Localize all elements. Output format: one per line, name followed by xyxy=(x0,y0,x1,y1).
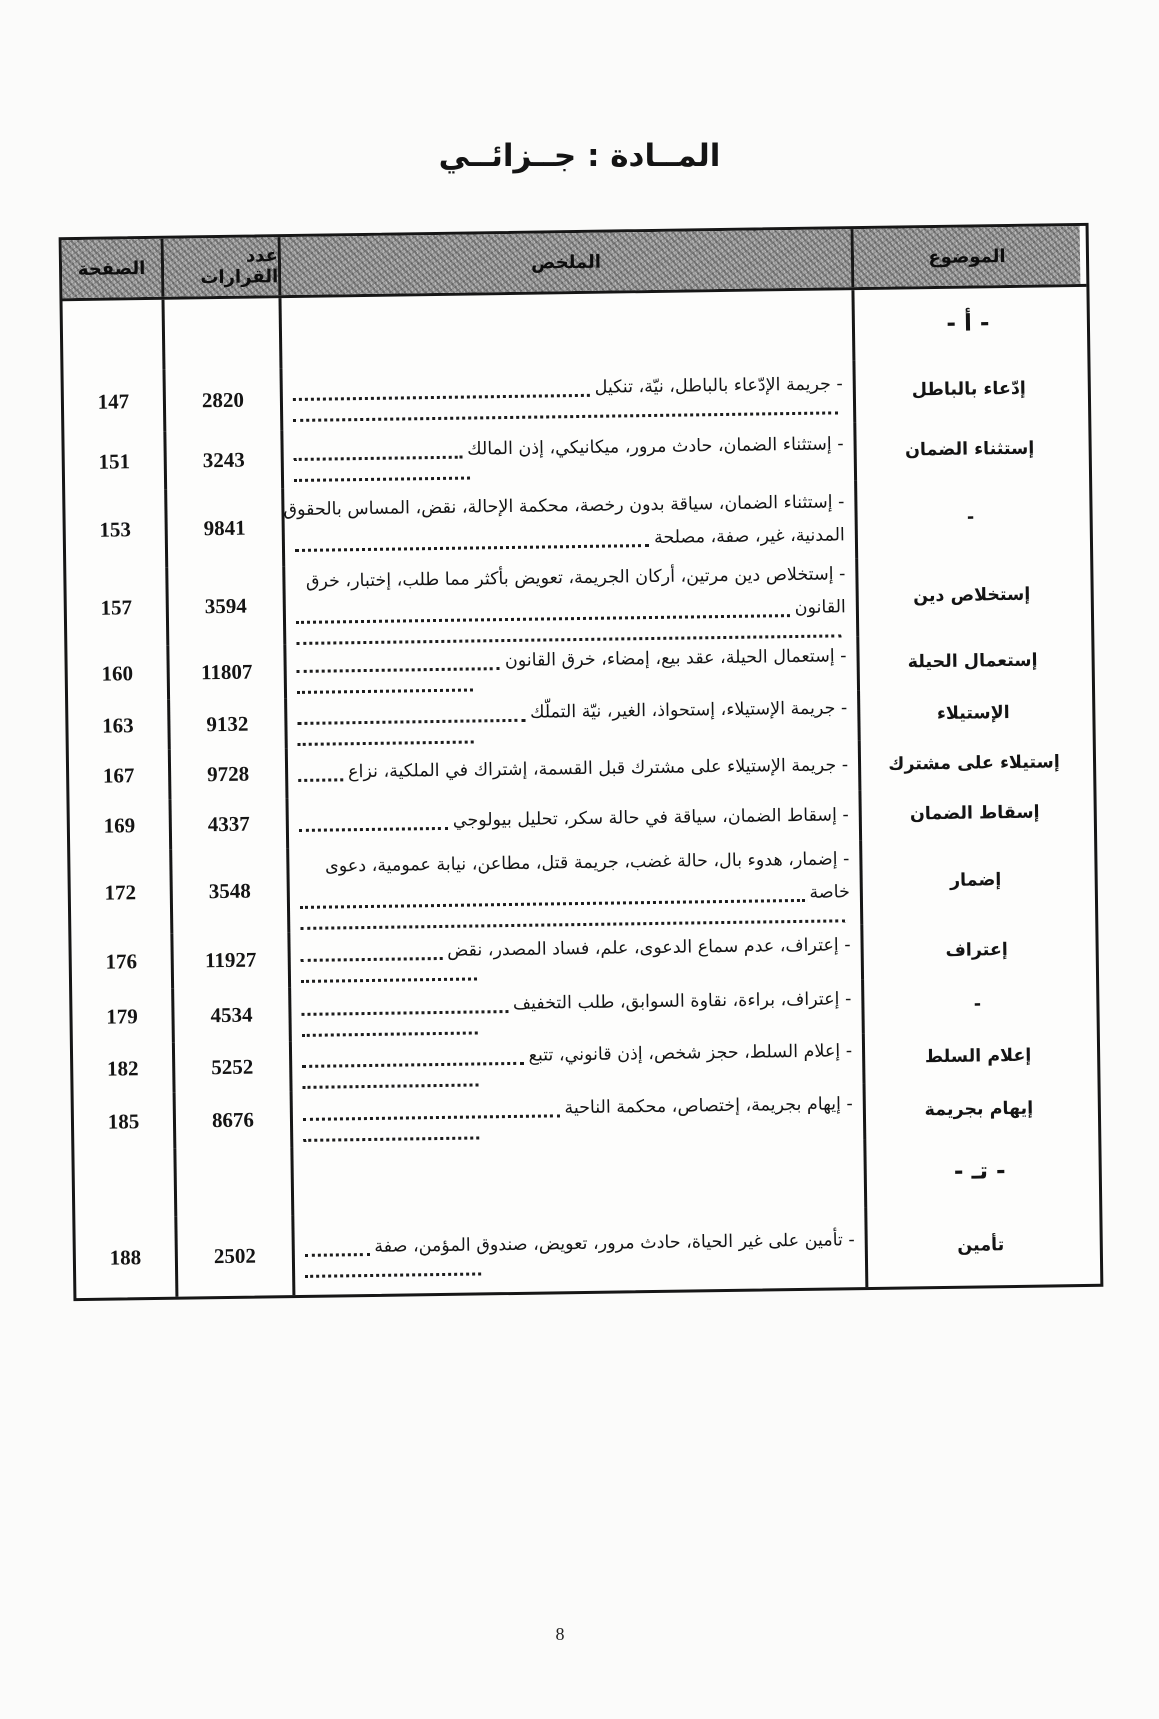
dot-leader-continuation xyxy=(302,1031,478,1036)
column-header-decisions: عدد القرارات xyxy=(164,237,282,297)
topic-label: إضمار xyxy=(863,869,1089,892)
page-cell: 176 xyxy=(71,934,174,990)
scanned-document-page: { "document": { "title": "المــادة : جــ… xyxy=(0,0,1159,1719)
topic-cell: إيهام بجريمة xyxy=(866,1080,1093,1139)
table-body: - أ -1472820- جريمة الإدّعاء بالباطل، ني… xyxy=(63,287,1101,1298)
decisions-cell: 2820 xyxy=(165,368,283,432)
page-title: المــادة : جــزائــي xyxy=(0,138,1159,174)
decisions-cell: 3594 xyxy=(168,566,286,646)
summary-cell: - جريمة الإدّعاء بالباطل، نيّة، تنكيل xyxy=(282,360,856,430)
column-header-summary: الملخص xyxy=(281,229,855,295)
summary-cell: - إسقاط الضمان، سياقة في حالة سكر، تحليل… xyxy=(288,790,862,848)
summary-line: - إيهام بجريمة، إختصاص، محكمة الناحية xyxy=(303,1088,853,1129)
decisions-cell: 4337 xyxy=(171,798,289,850)
dot-leader xyxy=(299,826,448,831)
page-cell: 167 xyxy=(69,750,172,801)
topic-label: إستثناء الضمان xyxy=(857,438,1083,461)
topic-label: إدّعاء بالباطل xyxy=(856,378,1082,401)
summary-cell: - إعلام السلط، حجز شخص، إذن قانوني، تتبع xyxy=(292,1033,866,1091)
dot-leader xyxy=(298,778,343,782)
topic-label: إيهام بجريمة xyxy=(866,1098,1092,1121)
page-number: 8 xyxy=(0,1624,1120,1645)
decisions-cell: 5252 xyxy=(175,1041,293,1093)
topic-label: - xyxy=(857,506,1083,529)
summary-line: - جريمة الإستيلاء، إستحواذ، الغير، نيّة … xyxy=(297,692,847,733)
page-cell xyxy=(63,300,166,371)
page-cell: 147 xyxy=(63,370,166,433)
summary-line: - إعلام السلط، حجز شخص، إذن قانوني، تتبع xyxy=(302,1035,852,1076)
page-cell xyxy=(74,1149,177,1218)
summary-cell: - جريمة الإستيلاء على مشترك قبل القسمة، … xyxy=(288,740,862,798)
summary-cell: - إعتراف، براءة، نقاوة السوابق، طلب التخ… xyxy=(291,979,865,1041)
summary-line: القانون xyxy=(296,591,846,632)
dot-leader xyxy=(297,719,525,725)
topic-label: الإستيلاء xyxy=(860,702,1086,725)
summary-cell: - إستعمال الحيلة، عقد بيع، إمضاء، خرق ال… xyxy=(286,636,860,698)
column-header-topic: الموضوع xyxy=(854,226,1081,287)
decisions-cell: 9841 xyxy=(167,488,285,568)
dot-leader xyxy=(301,956,443,961)
topic-label: إعتراف xyxy=(864,938,1090,961)
decisions-cell: 11807 xyxy=(169,644,287,700)
summary-cell: - إعتراف، عدم سماع الدعوى، علم، فساد الم… xyxy=(290,924,864,987)
summary-line: - إستثناء الضمان، حادث مرور، ميكانيكي، إ… xyxy=(293,428,843,469)
decisions-cell: 4534 xyxy=(174,987,292,1043)
decisions-cell: 9132 xyxy=(170,698,288,750)
topic-cell: - xyxy=(864,976,1091,1033)
dot-leader xyxy=(302,1062,524,1068)
topic-cell: إدّعاء بالباطل xyxy=(855,357,1082,422)
page-cell: 151 xyxy=(64,432,167,491)
dot-leader-continuation xyxy=(301,977,477,982)
summary-line: خاصة xyxy=(300,876,850,917)
decisions-cell: 9728 xyxy=(171,748,289,800)
topic-cell: إستثناء الضمان xyxy=(856,419,1083,480)
summary-cell: - جريمة الإستيلاء، إستحواذ، الغير، نيّة … xyxy=(287,690,861,748)
summary-line: - إعتراف، براءة، نقاوة السوابق، طلب التخ… xyxy=(301,983,851,1024)
topic-cell: إستيلاء على مشترك xyxy=(861,737,1088,790)
topic-cell: تأمين xyxy=(867,1204,1094,1287)
topic-label: - xyxy=(864,993,1090,1016)
topic-label: إستعمال الحيلة xyxy=(860,650,1086,673)
section-label: - تـ - xyxy=(867,1157,1093,1186)
page-cell: 185 xyxy=(74,1093,177,1150)
decisions-cell xyxy=(176,1147,294,1217)
index-table: الصفحة عدد القرارات الملخص الموضوع - أ -… xyxy=(59,223,1104,1301)
topic-cell: الإستيلاء xyxy=(860,687,1087,740)
decisions-cell: 11927 xyxy=(173,932,291,989)
topic-label: إستخلاص دين xyxy=(859,584,1085,607)
summary-cell: - إستثناء الضمان، حادث مرور، ميكانيكي، إ… xyxy=(283,422,857,488)
dot-leader xyxy=(300,898,805,908)
summary-cell: - إيهام بجريمة، إختصاص، محكمة الناحية xyxy=(293,1083,867,1147)
column-header-page: الصفحة xyxy=(62,239,165,298)
summary-line: - جريمة الإدّعاء بالباطل، نيّة، تنكيل xyxy=(293,368,843,409)
summary-cell xyxy=(293,1139,867,1215)
decisions-cell xyxy=(165,298,283,370)
topic-cell: إسقاط الضمان xyxy=(861,787,1088,840)
page-cell: 182 xyxy=(73,1043,176,1094)
decisions-cell: 2502 xyxy=(177,1215,295,1297)
dot-leader xyxy=(295,544,649,552)
topic-cell: إضمار xyxy=(862,837,1089,924)
dot-leader xyxy=(293,394,590,401)
summary-cell: - إستخلاص دين مرتين، أركان الجريمة، تعوي… xyxy=(285,558,859,644)
page-cell: 157 xyxy=(66,568,169,647)
page-cell: 160 xyxy=(67,646,170,701)
decisions-cell: 3548 xyxy=(172,848,290,934)
page-cell: 179 xyxy=(72,989,175,1044)
dot-leader xyxy=(301,1010,508,1016)
dot-leader xyxy=(303,1114,560,1121)
dot-leader xyxy=(305,1253,370,1257)
topic-cell: - أ - xyxy=(854,287,1081,360)
topic-cell: إستعمال الحيلة xyxy=(859,633,1086,690)
dot-leader-continuation xyxy=(293,411,837,422)
summary-line: - إسقاط الضمان، سياقة في حالة سكر، تحليل… xyxy=(299,799,849,840)
page-cell: 169 xyxy=(69,800,172,851)
summary-cell xyxy=(281,290,855,368)
summary-cell: - إستثناء الضمان، سياقة بدون رخصة، محكمة… xyxy=(284,480,858,566)
section-label: - أ - xyxy=(855,309,1081,338)
topic-cell: - xyxy=(857,477,1084,558)
summary-line: - إستعمال الحيلة، عقد بيع، إمضاء، خرق ال… xyxy=(296,640,846,681)
summary-line: - تأمين على غير الحياة، حادث مرور، تعويض… xyxy=(305,1224,855,1265)
decisions-cell: 3243 xyxy=(166,430,284,490)
page-cell: 172 xyxy=(70,850,173,935)
dot-leader-continuation xyxy=(294,477,470,482)
topic-cell: إعلام السلط xyxy=(865,1030,1092,1083)
summary-cell: - تأمين على غير الحياة، حادث مرور، تعويض… xyxy=(294,1207,868,1295)
dot-leader xyxy=(296,614,790,624)
page-cell: 163 xyxy=(68,700,171,751)
dot-leader-continuation xyxy=(305,1272,481,1277)
dot-leader xyxy=(297,667,500,673)
topic-cell: - تـ - xyxy=(866,1136,1093,1207)
topic-label: تأمين xyxy=(868,1234,1094,1257)
topic-cell: إعتراف xyxy=(863,921,1090,979)
summary-cell: - إضمار، هدوء بال، حالة غضب، جريمة قتل، … xyxy=(289,840,863,932)
dot-leader-continuation xyxy=(303,1136,479,1141)
summary-line: - جريمة الإستيلاء على مشترك قبل القسمة، … xyxy=(298,749,848,790)
page-cell: 153 xyxy=(65,490,168,569)
dot-leader xyxy=(294,456,463,461)
page-cell: 188 xyxy=(75,1217,178,1298)
topic-label: إستيلاء على مشترك xyxy=(861,752,1087,775)
topic-label: إعلام السلط xyxy=(865,1045,1091,1068)
topic-cell: إستخلاص دين xyxy=(858,555,1085,636)
summary-line: - إعتراف، عدم سماع الدعوى، علم، فساد الم… xyxy=(300,929,850,970)
summary-line: المدنية، غير، صفة، مصلحة xyxy=(295,519,845,560)
dot-leader-continuation xyxy=(297,689,473,694)
topic-label: إسقاط الضمان xyxy=(862,802,1088,825)
decisions-cell: 8676 xyxy=(176,1091,294,1149)
